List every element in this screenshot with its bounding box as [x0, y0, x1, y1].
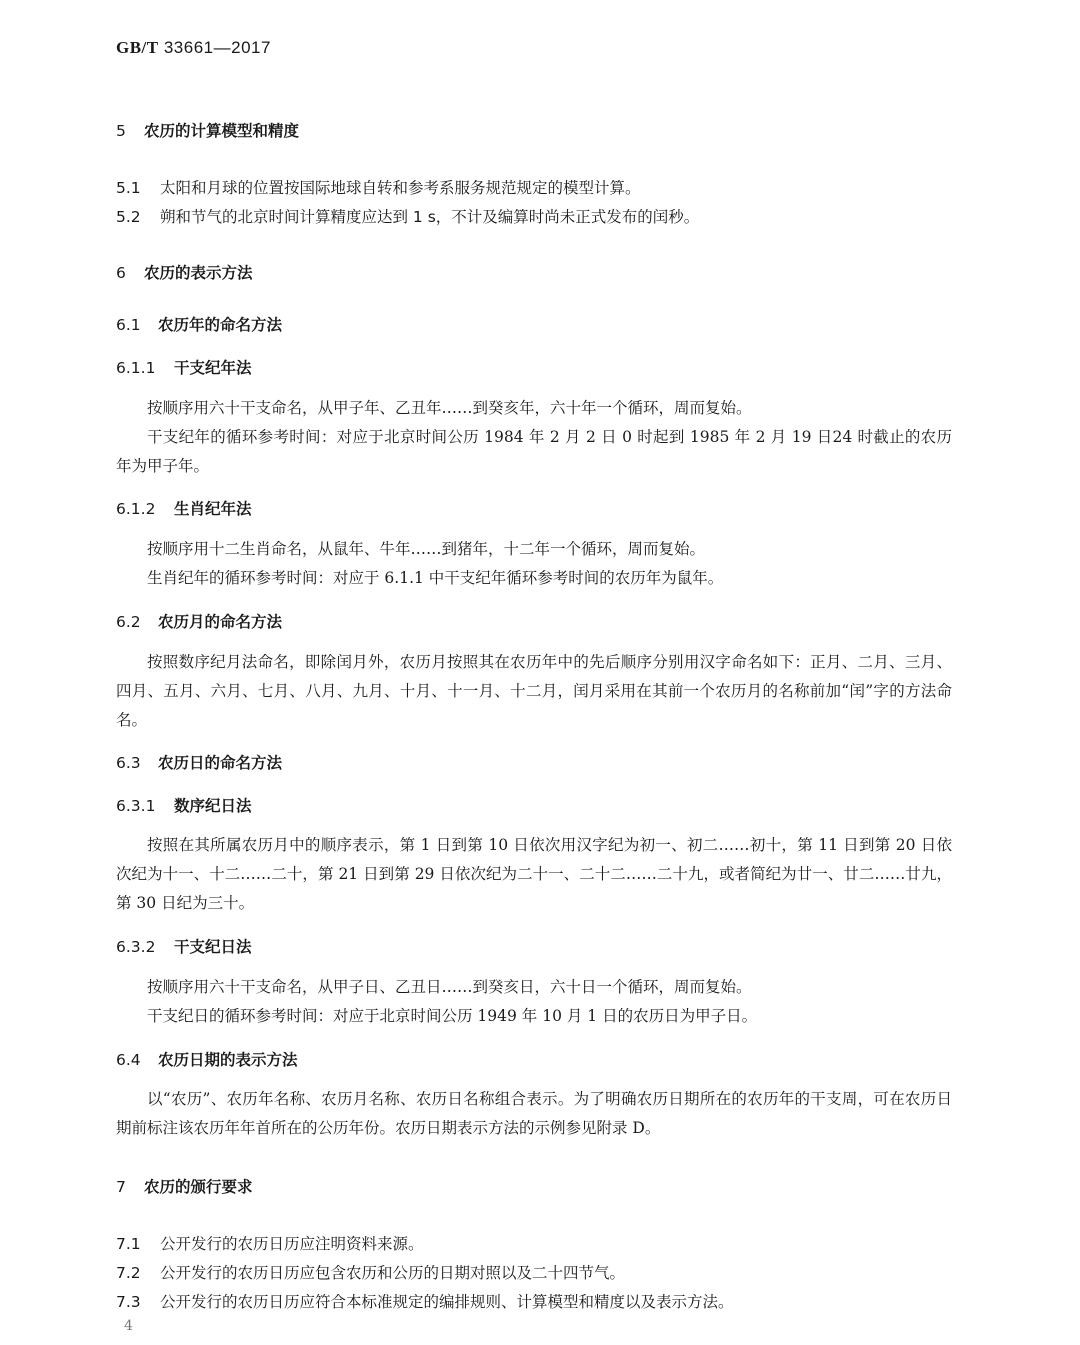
standard-code-header: GB/T 33661—2017 — [116, 38, 271, 58]
document-page: GB/T 33661—2017 5农历的计算模型和精度 5.1太阳和月球的位置按… — [0, 0, 1080, 1345]
paragraph: 按顺序用六十干支命名，从甲子日、乙丑日……到癸亥日，六十日一个循环，周而复始。 — [116, 973, 952, 1002]
clause-7-2: 7.2公开发行的农历日历应包含农历和公历的日期对照以及二十四节气。 — [116, 1261, 625, 1283]
section-6-2-heading: 6.2农历月的命名方法 — [116, 610, 282, 632]
section-6-1-heading: 6.1农历年的命名方法 — [116, 313, 282, 335]
section-6-1-1-heading: 6.1.1干支纪年法 — [116, 356, 252, 378]
clause-7-3: 7.3公开发行的农历日历应符合本标准规定的编排规则、计算模型和精度以及表示方法。 — [116, 1290, 734, 1312]
section-5-heading: 5农历的计算模型和精度 — [116, 119, 299, 141]
paragraph: 按顺序用十二生肖命名，从鼠年、牛年……到猪年，十二年一个循环，周而复始。 — [116, 535, 952, 564]
clause-7-1: 7.1公开发行的农历日历应注明资料来源。 — [116, 1232, 424, 1254]
clause-5-1: 5.1太阳和月球的位置按国际地球自转和参考系服务规范规定的模型计算。 — [116, 176, 641, 198]
paragraph: 干支纪年的循环参考时间：对应于北京时间公历 1984 年 2 月 2 日 0 时… — [116, 423, 952, 481]
paragraph: 按顺序用六十干支命名，从甲子年、乙丑年……到癸亥年，六十年一个循环，周而复始。 — [116, 394, 952, 423]
standard-number: 33661—2017 — [159, 38, 271, 57]
page-number: 4 — [124, 1318, 133, 1334]
section-6-heading: 6农历的表示方法 — [116, 261, 253, 283]
paragraph: 按照在其所属农历月中的顺序表示，第 1 日到第 10 日依次用汉字纪为初一、初二… — [116, 831, 952, 918]
section-6-3-1-heading: 6.3.1数序纪日法 — [116, 794, 252, 816]
paragraph: 生肖纪年的循环参考时间：对应于 6.1.1 中干支纪年循环参考时间的农历年为鼠年… — [116, 564, 952, 593]
paragraph: 以“农历”、农历年名称、农历月名称、农历日名称组合表示。为了明确农历日期所在的农… — [116, 1085, 952, 1143]
section-6-1-2-heading: 6.1.2生肖纪年法 — [116, 497, 252, 519]
clause-5-2: 5.2朔和节气的北京时间计算精度应达到 1 s，不计及编算时尚未正式发布的闰秒。 — [116, 205, 699, 227]
section-6-3-heading: 6.3农历日的命名方法 — [116, 751, 282, 773]
section-7-heading: 7农历的颁行要求 — [116, 1175, 253, 1197]
section-6-4-heading: 6.4农历日期的表示方法 — [116, 1048, 298, 1070]
standard-prefix: GB/T — [116, 38, 159, 57]
paragraph: 按照数序纪月法命名，即除闰月外，农历月按照其在农历年中的先后顺序分别用汉字命名如… — [116, 648, 952, 735]
paragraph: 干支纪日的循环参考时间：对应于北京时间公历 1949 年 10 月 1 日的农历… — [116, 1002, 952, 1031]
section-6-3-2-heading: 6.3.2干支纪日法 — [116, 935, 252, 957]
